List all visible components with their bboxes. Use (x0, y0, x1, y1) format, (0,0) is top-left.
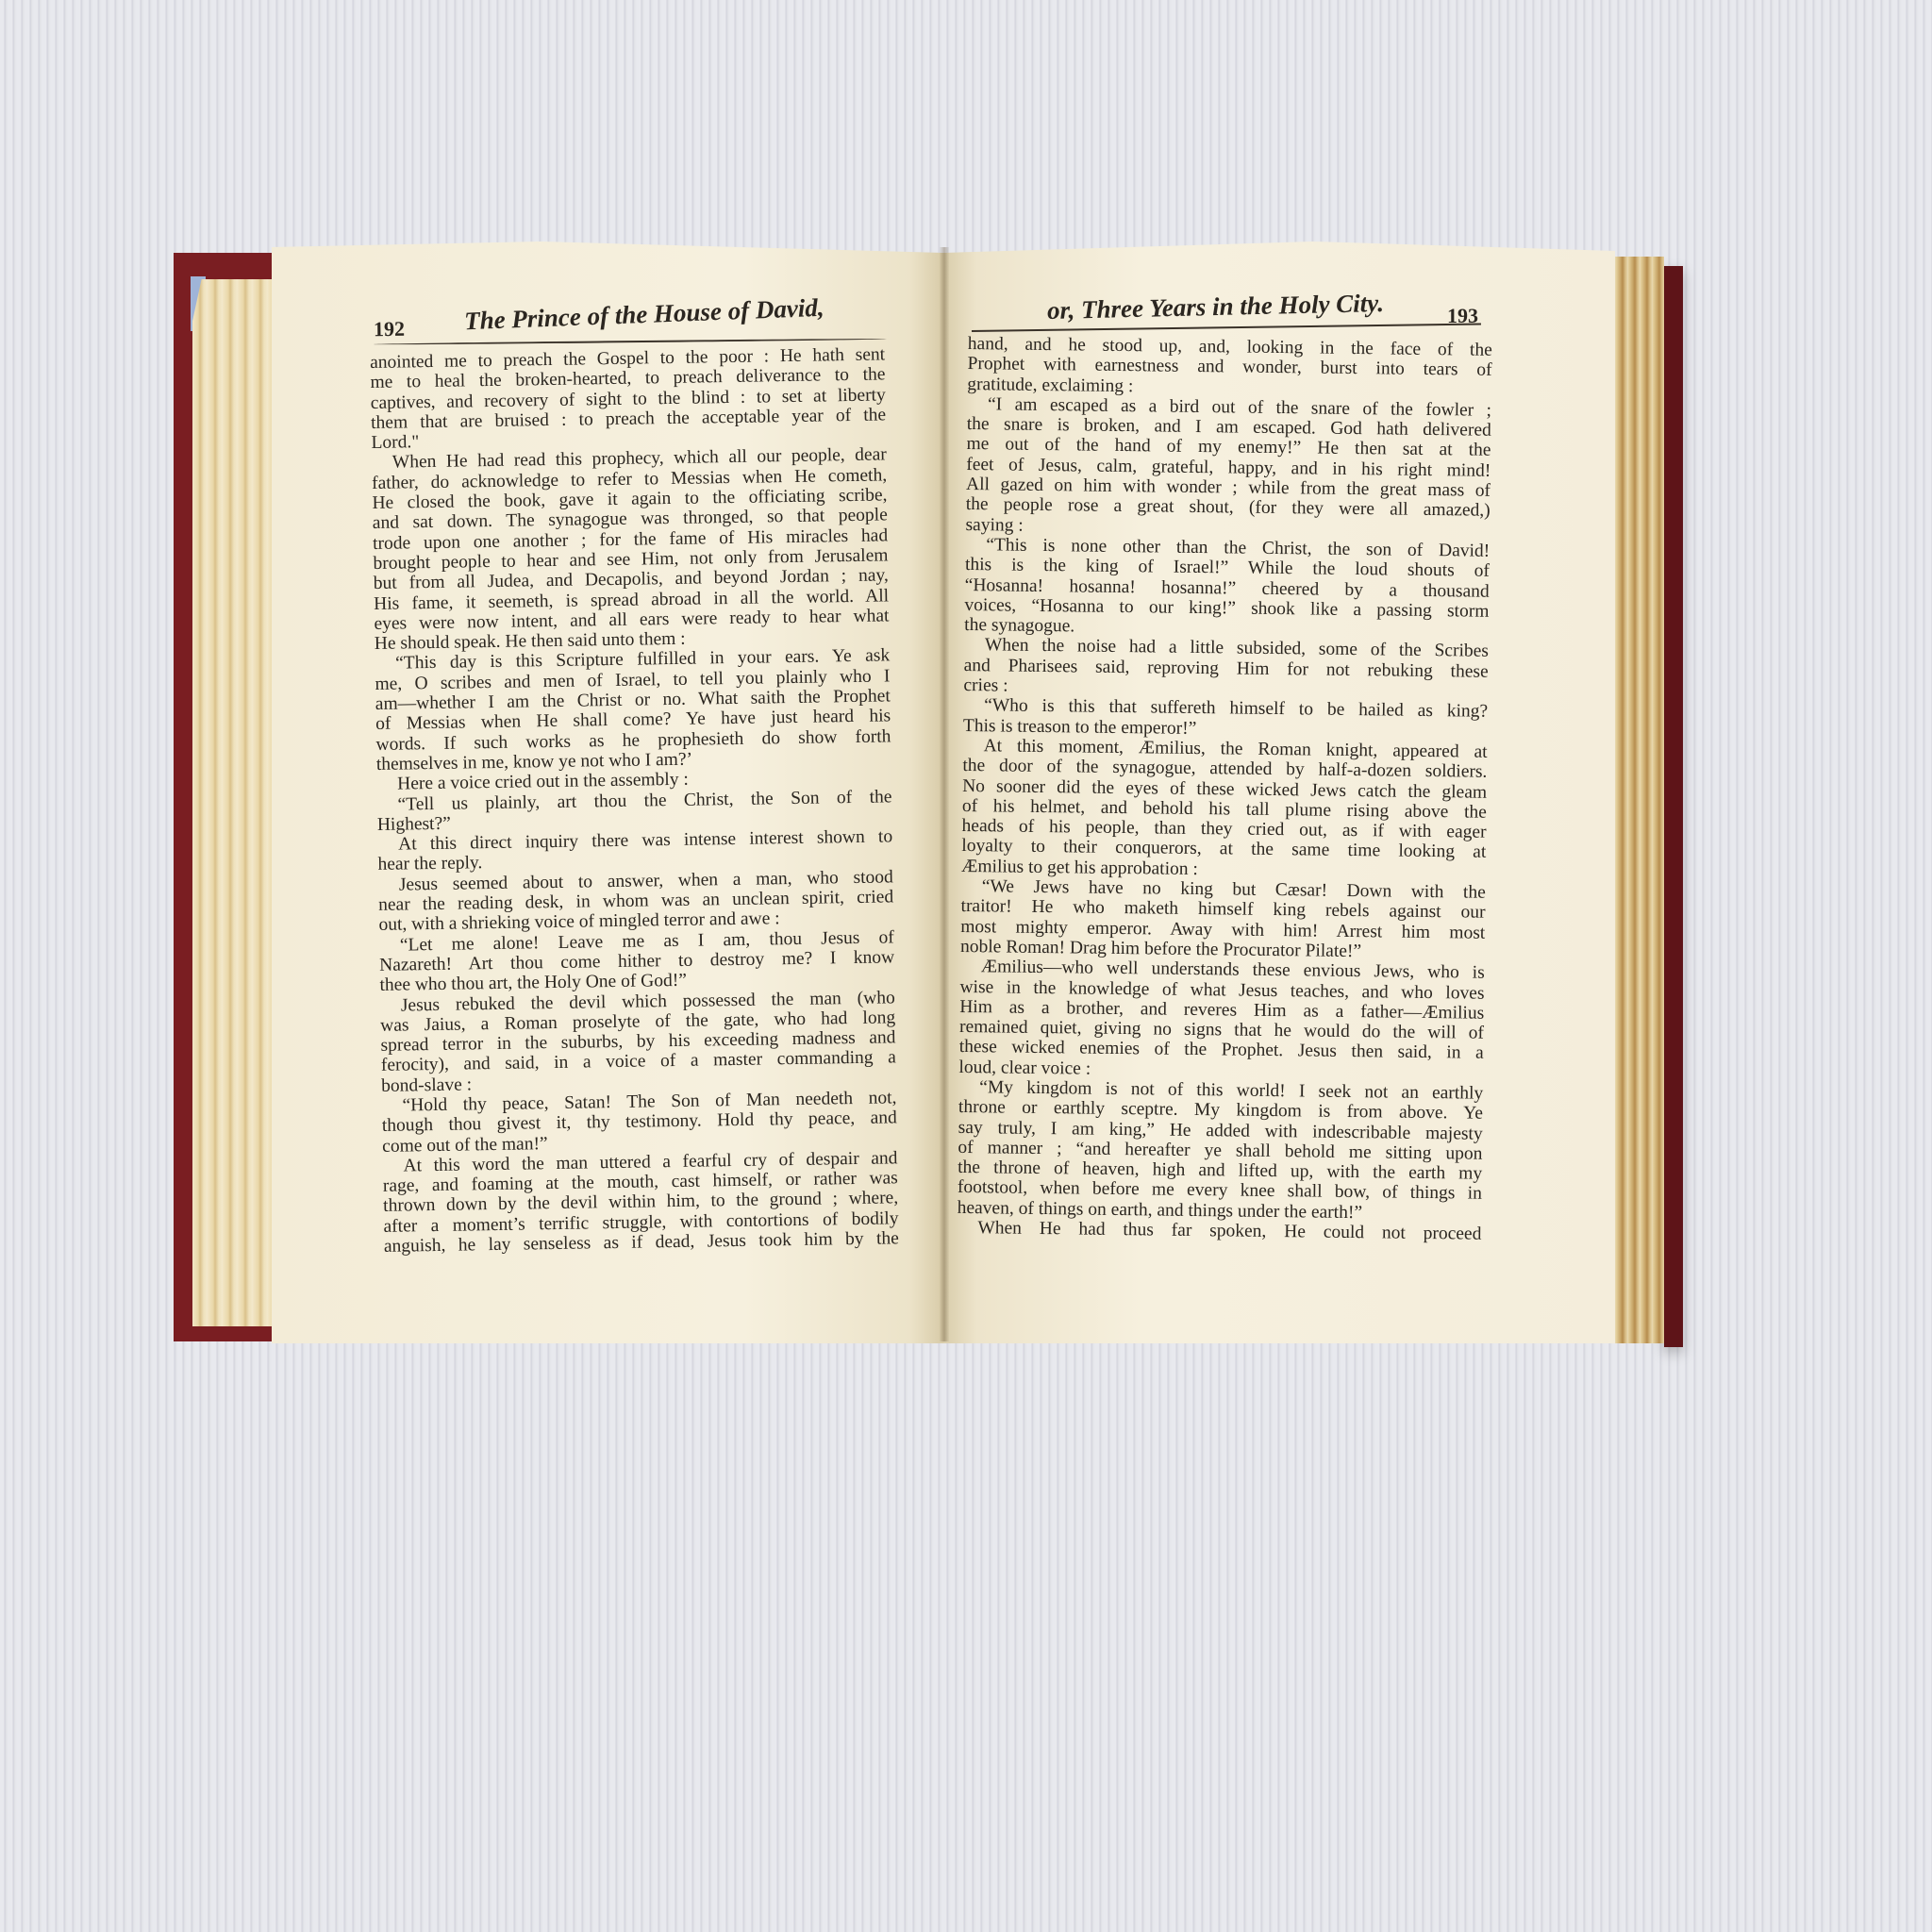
page-edges-left (192, 279, 283, 1326)
book-cover-right (1664, 266, 1683, 1347)
book-gutter (940, 247, 949, 1341)
left-page-body: anointed me to preach the Gospel to the … (370, 344, 899, 1257)
left-page-number: 192 (374, 317, 405, 342)
photo-scene: 192 The Prince of the House of David, or… (0, 0, 1932, 1932)
right-page-body: hand, and he stood up, and, looking in t… (957, 334, 1492, 1244)
